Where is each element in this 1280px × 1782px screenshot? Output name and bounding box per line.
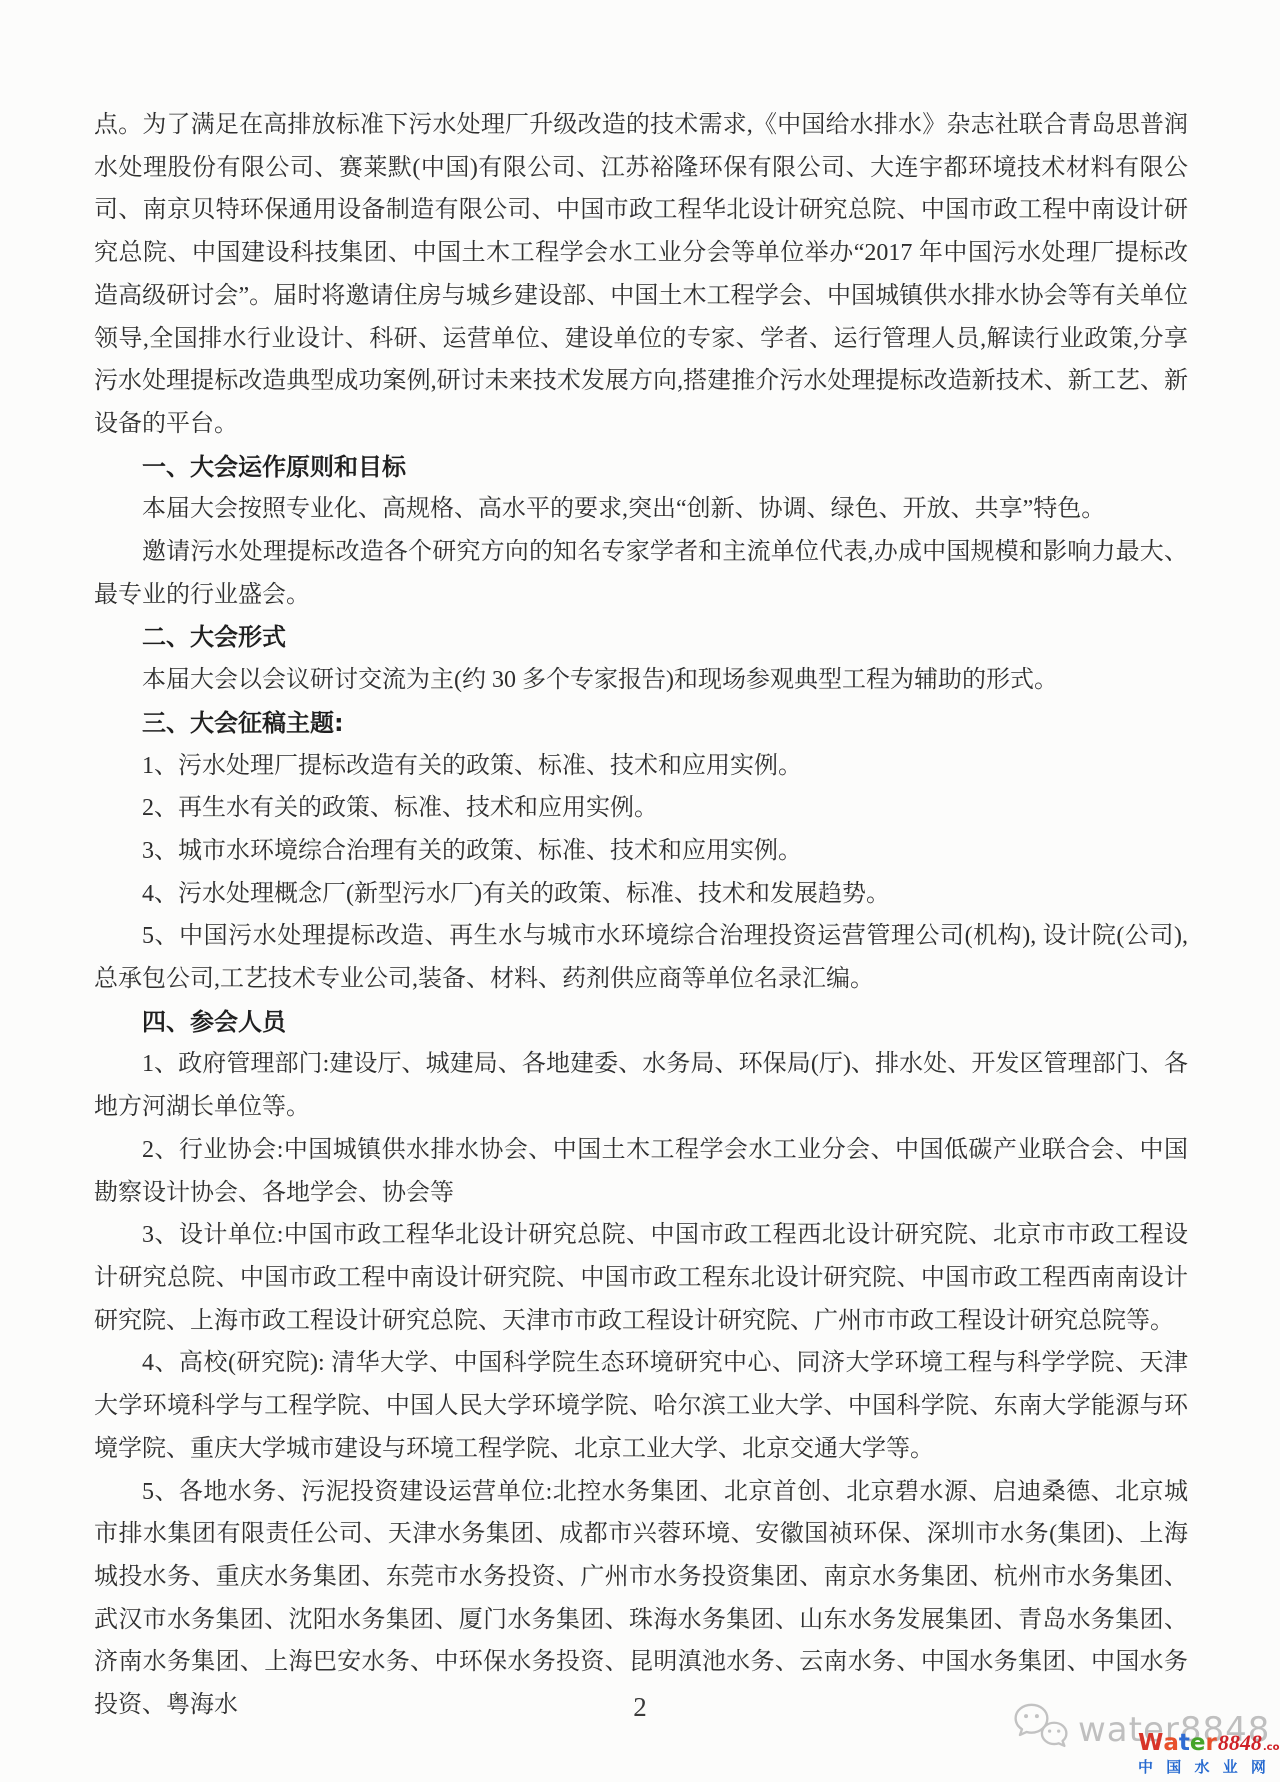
paragraph: 本届大会以会议研讨交流为主(约 30 多个专家报告)和现场参观典型工程为辅助的形… bbox=[94, 659, 1188, 702]
list-item: 5、各地水务、污泥投资建设运营单位:北控水务集团、北京首创、北京碧水源、启迪桑德… bbox=[94, 1471, 1188, 1727]
logo-wordmark: W a t e r 8848 .com bbox=[1138, 1732, 1280, 1755]
list-item: 2、再生水有关的政策、标准、技术和应用实例。 bbox=[94, 787, 1188, 830]
section-heading-4: 四、参会人员 bbox=[94, 1001, 1188, 1044]
list-item: 4、污水处理概念厂(新型污水厂)有关的政策、标准、技术和发展趋势。 bbox=[94, 873, 1188, 916]
logo-letter: W bbox=[1138, 1732, 1163, 1755]
list-item: 1、政府管理部门:建设厅、城建局、各地建委、水务局、环保局(厅)、排水处、开发区… bbox=[94, 1043, 1188, 1128]
water8848-logo: W a t e r 8848 .com 中 国 水 业 网 bbox=[1138, 1732, 1280, 1775]
list-item: 2、行业协会:中国城镇供水排水协会、中国土木工程学会水工业分会、中国低碳产业联合… bbox=[94, 1129, 1188, 1214]
list-item: 5、中国污水处理提标改造、再生水与城市水环境综合治理投资运营管理公司(机构), … bbox=[94, 915, 1188, 1000]
logo-letter: t bbox=[1179, 1732, 1190, 1755]
document-page: 点。为了满足在高排放标准下污水处理厂升级改造的技术需求,《中国给水排水》杂志社联… bbox=[0, 0, 1280, 1782]
list-item: 3、设计单位:中国市政工程华北设计研究总院、中国市政工程西北设计研究院、北京市市… bbox=[94, 1214, 1188, 1342]
paragraph: 邀请污水处理提标改造各个研究方向的知名专家学者和主流单位代表,办成中国规模和影响… bbox=[94, 531, 1188, 616]
list-item: 3、城市水环境综合治理有关的政策、标准、技术和应用实例。 bbox=[94, 830, 1188, 873]
paragraph: 本届大会按照专业化、高规格、高水平的要求,突出“创新、协调、绿色、开放、共享”特… bbox=[94, 488, 1188, 531]
logo-tld: .com bbox=[1263, 1743, 1280, 1753]
section-heading-3: 三、大会征稿主题: bbox=[94, 702, 1188, 745]
list-item: 1、污水处理厂提标改造有关的政策、标准、技术和应用实例。 bbox=[94, 745, 1188, 788]
logo-letter: r bbox=[1206, 1732, 1217, 1755]
logo-letter: a bbox=[1163, 1732, 1179, 1755]
logo-tagline: 中 国 水 业 网 bbox=[1138, 1760, 1280, 1775]
document-body: 点。为了满足在高排放标准下污水处理厂升级改造的技术需求,《中国给水排水》杂志社联… bbox=[94, 104, 1188, 1727]
paragraph-continuation: 点。为了满足在高排放标准下污水处理厂升级改造的技术需求,《中国给水排水》杂志社联… bbox=[94, 104, 1188, 446]
section-heading-1: 一、大会运作原则和目标 bbox=[94, 446, 1188, 489]
logo-letter: e bbox=[1190, 1732, 1206, 1755]
wechat-bubbles-icon bbox=[1012, 1698, 1070, 1761]
logo-numbers: 8848 bbox=[1218, 1732, 1262, 1754]
section-heading-2: 二、大会形式 bbox=[94, 616, 1188, 659]
list-item: 4、高校(研究院): 清华大学、中国科学院生态环境研究中心、同济大学环境工程与科… bbox=[94, 1342, 1188, 1470]
